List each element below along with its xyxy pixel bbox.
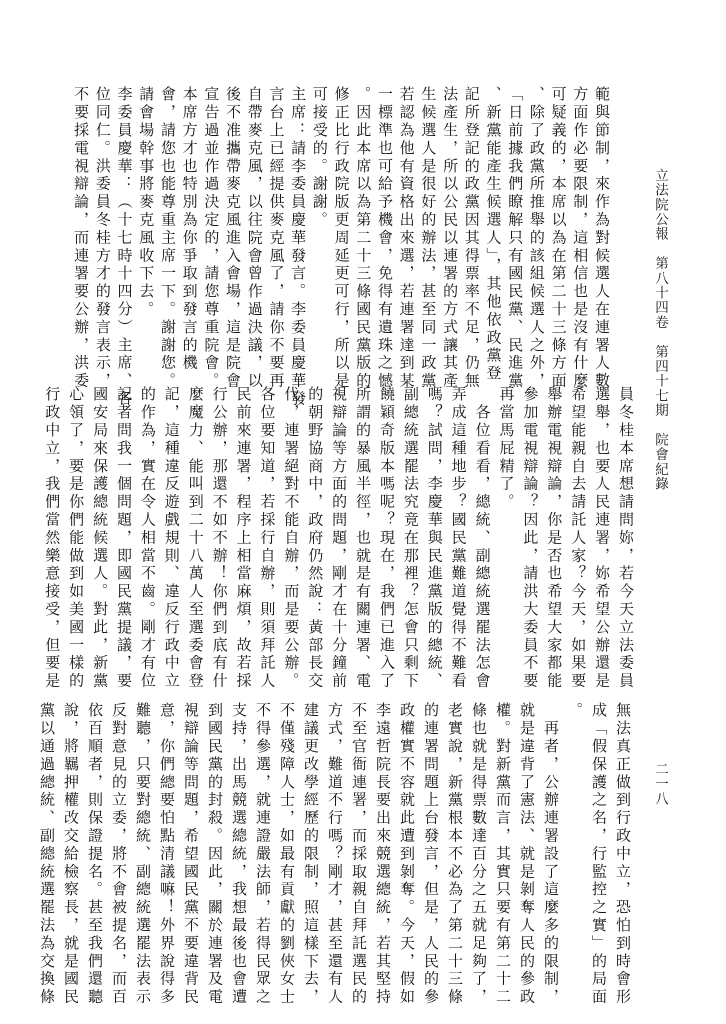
text-column: 記，這種違反遊戲規則、違反行政中立 (159, 386, 183, 698)
text-column: 行政中立，我們當然樂意接受，但要是 (39, 386, 63, 698)
text-column: 的連署問題上台發言，但是，人民的參 (419, 702, 443, 1014)
text-column: 李委員慶華：（十七時十四分）主席、各 (113, 86, 135, 398)
text-column: 各位要知道，若採行自辦，則須拜託人 (255, 386, 279, 698)
text-column: 請會場幹事將麥克風收下去。 (135, 86, 157, 398)
text-column: 本席方才也特別為你爭取到發言的機 (178, 86, 200, 398)
text-column: 權。對新黨而言，其實只要有第二十二 (491, 702, 515, 1014)
text-column: 就是違背了憲法、就是剝奪人民的參政 (515, 702, 539, 1014)
text-column: 的作為，實在令人相當不齒。剛才有位 (135, 386, 159, 698)
text-column: 建議更改學經歷的限制，照這樣下去， (299, 702, 323, 1014)
text-column: 一標準也可給予機會，免得有遺珠之憾 (373, 86, 395, 398)
text-column: 參加電視辯論？因此，請洪大委員不要 (517, 386, 541, 698)
text-column: 「日前據我們瞭解只有國民黨、民進黨 (503, 86, 525, 398)
text-column: 法產生，所以公民以連署的方式讓其產 (438, 86, 460, 398)
text-column: 代，連署絕對不能自辦，而是要公辦。 (278, 386, 302, 698)
text-column: 。因此本席以為第二十三條國民黨版的 (352, 86, 374, 398)
text-column: 後不准攜帶麥克風進入會場，這是院會 (221, 86, 243, 398)
text-column: 副總統選罷法究竟在那裡？怎會只剩下 (398, 386, 422, 698)
text-column: 再當馬屁精了。 (494, 386, 518, 698)
text-column: 、新黨能產生候選人」，其他依政黨登 (482, 86, 504, 398)
text-column: 言台上已經提供麥克風了，請你不要再 (265, 86, 287, 398)
text-column: 弄成這種地步？國民黨難道覺得不難看 (446, 386, 470, 698)
text-column: 希望能親自去請託人家？今天，如果要 (565, 386, 589, 698)
text-column: 記所登記的政黨因其得票率不足，仍無 (460, 86, 482, 398)
text-column: 可疑義的，本席以為在第二十三條方面 (547, 86, 569, 398)
text-column: 李遠哲院長要出來競選總統，若其堅持 (371, 702, 395, 1014)
text-column: 。 (563, 702, 587, 1014)
text-column: 選舉，也要人民連署，妳希望公辦還是 (589, 386, 613, 698)
text-column: 位同仁。洪委員冬桂方才的發言表示， (91, 86, 113, 398)
text-column: 宣告過並作過決定的，請您尊重院會。 (200, 86, 222, 398)
text-band-middle: 員冬桂本席想請問妳，若今天立法委員選舉，也要人民連署，妳希望公辦還是希望能親自去… (39, 386, 637, 698)
text-column: 心領了，要是你們能做到如美國一樣的 (63, 386, 87, 698)
text-column: 反對意見的立委，將不會被提名，而百 (107, 702, 131, 1014)
text-column: 黨以通過總統、副總統選罷法為交換條 (35, 702, 59, 1014)
text-band-top: 範與節制，來作為對候選人在連署人數方面作必要限制，這相信也是沒有什麼可疑義的，本… (69, 86, 612, 398)
text-column: 修正比行政院版更周延更可行，所以是 (330, 86, 352, 398)
text-column: 行公辦，那還不如不辦！你們到底有什 (207, 386, 231, 698)
text-column: 到國民黨的封殺。因此，關於連署及電 (203, 702, 227, 1014)
text-column: 範與節制，來作為對候選人在連署人數 (590, 86, 612, 398)
text-column: 成「假保護之名，行監控之實」的局面 (587, 702, 611, 1014)
text-column: 的朝野協商中，政府仍然說：黃部長交 (302, 386, 326, 698)
text-column: 再者，公辦連署設了這麼多的限制， (539, 702, 563, 1014)
text-column: 自帶麥克風，以往院會曾作過決議，以 (243, 86, 265, 398)
text-column: 支持，出馬競選總統，我想最後也會遭 (227, 702, 251, 1014)
text-column: 記者問我一個問題，即國民黨提議，要 (111, 386, 135, 698)
text-column: 會，請您也能尊重主席一下。謝謝您。 (156, 86, 178, 398)
text-column: 麼魔力、能叫到二十八萬人至選委會登 (183, 386, 207, 698)
text-column: 不得參選，就連證嚴法師，若得民眾之 (251, 702, 275, 1014)
text-column: 方面作必要限制，這相信也是沒有什麼 (569, 86, 591, 398)
text-column: 可接受的。謝謝。 (308, 86, 330, 398)
text-column: 國安局來保護總統候選人。對此，新黨 (87, 386, 111, 698)
text-column: 嗎？試問，李慶華與民進黨版的總統、 (422, 386, 446, 698)
text-column: 主席：請李委員慶華發言。李委員慶華發 (286, 86, 308, 398)
text-column: 方式，難道不行嗎？剛才，甚至還有人 (323, 702, 347, 1014)
gazette-header: 立法院公報 第八十四卷 第四十七期 院會紀錄 (650, 168, 670, 491)
text-column: 無法真正做到行政中立，恐怕到時會形 (611, 702, 635, 1014)
text-column: 說，將羈押權改交給檢察長，就是國民 (59, 702, 83, 1014)
text-column: 民前來連署，程序上相當麻煩，故若採 (231, 386, 255, 698)
text-column: 政權實不容就此遭到剝奪。今天，假如 (395, 702, 419, 1014)
text-column: 老實說，新黨根本不必為了第二十三條 (443, 702, 467, 1014)
gazette-page: 立法院公報 第八十四卷 第四十七期 院會紀錄 二一八 範與節制，來作為對候選人在… (0, 0, 726, 1024)
text-column: 各位看看，總統、副總統選罷法怎會 (470, 386, 494, 698)
text-column: 舉辦電視辯論，你是否也希望大家都能 (541, 386, 565, 698)
text-column: 視辯論等方面的問題，剛才在十分鐘前 (326, 386, 350, 698)
text-column: 所謂的暴風半徑，也就是有關連署、電 (350, 386, 374, 698)
text-column: 不僅殘障人士，如最有貢獻的劉俠女士 (275, 702, 299, 1014)
text-column: 不至官衙連署，而採取親自拜託選民的 (347, 702, 371, 1014)
text-band-bottom: 無法真正做到行政中立，恐怕到時會形成「假保護之名，行監控之實」的局面。 再者，公… (35, 702, 635, 1014)
page-number: 二一八 (650, 762, 670, 806)
text-column: 視辯論等問題，希望國民黨不要違背民 (179, 702, 203, 1014)
text-column: 饒穎奇版本嗎呢？現在，我們已進入了 (374, 386, 398, 698)
text-column: 意，你們總要怕點清議嘛！外界說得多 (155, 702, 179, 1014)
text-column: 依百順者，則保證提名。甚至我們還聽 (83, 702, 107, 1014)
text-column: 難聽，只要對總統、副總統選罷法表示 (131, 702, 155, 1014)
text-column: 生候選人是很好的辦法，甚至同一政黨 (417, 86, 439, 398)
text-column: 、除了政黨所推舉的該組候選人之外， (525, 86, 547, 398)
text-column: 條也就是得票數達百分之五就足夠了， (467, 702, 491, 1014)
text-column: 不要採電視辯論，而連署要公辦，洪委 (69, 86, 91, 398)
text-column: 若認為他有資格出來選，若連署達到某 (395, 86, 417, 398)
text-column: 員冬桂本席想請問妳，若今天立法委員 (613, 386, 637, 698)
